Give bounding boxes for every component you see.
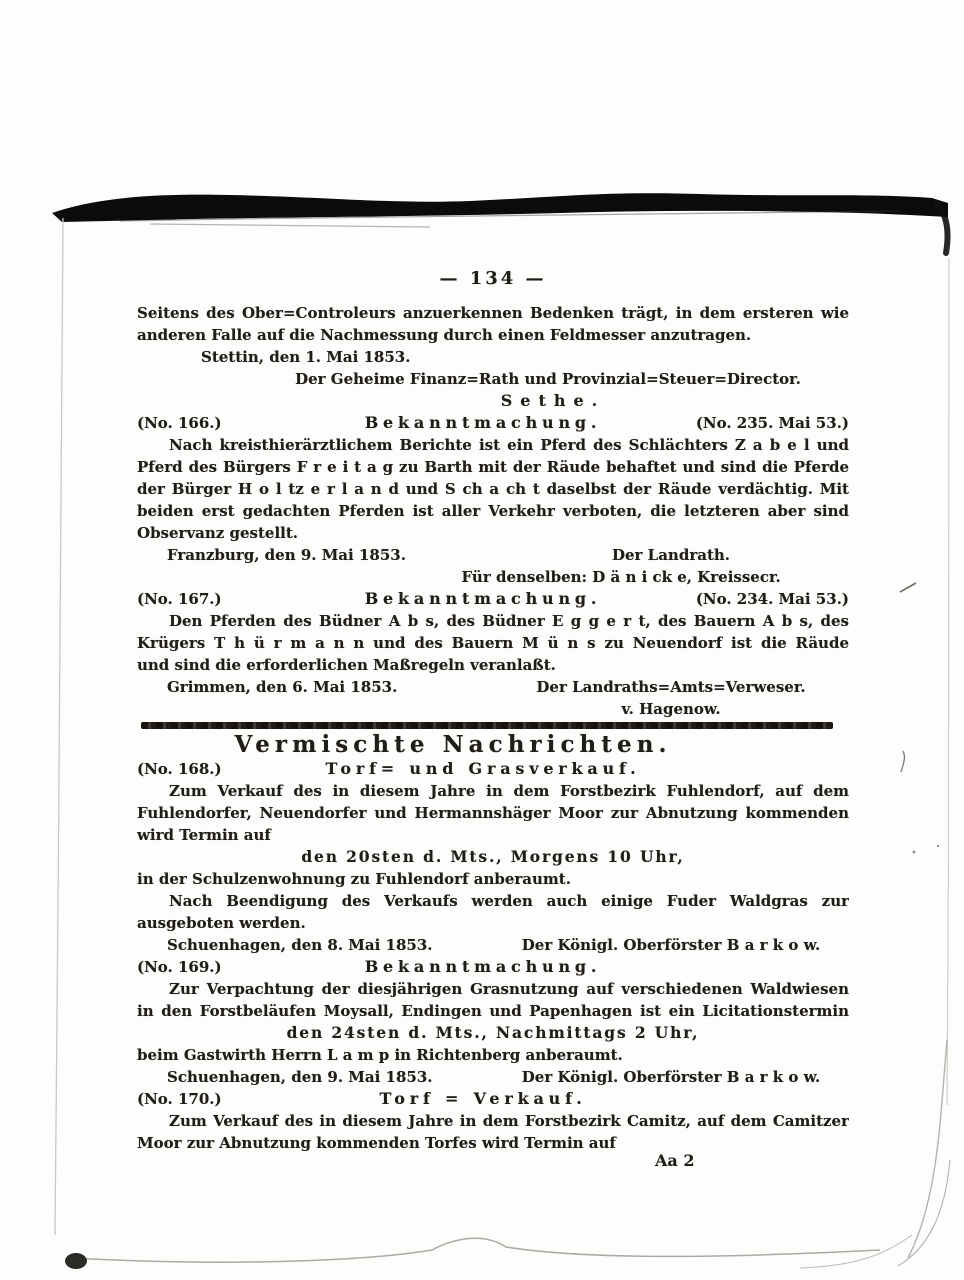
text-line: beiden erst gedachten Pferden ist aller … [137, 500, 849, 522]
signature-barkow: Der Königl. Oberförster B a r k o w. [493, 1066, 849, 1088]
section-divider-rule [141, 722, 833, 729]
notice-number-left: (No. 167.) [137, 588, 287, 610]
dateline-stettin: Stettin, den 1. Mai 1853. [137, 346, 849, 368]
text-line: Observanz gestellt. [137, 522, 849, 544]
spacer [137, 566, 393, 588]
text-line: Pferd des Bürgers F r e i t a g zu Barth… [137, 456, 849, 478]
page-left-edge [55, 218, 63, 1235]
office-line: Der Geheime Finanz=Rath und Provinzial=S… [137, 368, 849, 390]
scanned-page: — 134 — Seitens des Ober=Controleurs anz… [0, 0, 964, 1280]
section-header: Vermischte Nachrichten. [137, 732, 849, 758]
margin-speck-1 [900, 583, 916, 592]
spacer [679, 758, 849, 780]
notice-number-right: (No. 235. Mai 53.) [679, 412, 849, 434]
signature-landrath: Der Landrath. [493, 544, 849, 566]
notice-title: Bekanntmachung. [287, 956, 679, 978]
page-right-edge [947, 258, 949, 1105]
text-line: der Bürger H o l tz e r l a n d und S ch… [137, 478, 849, 500]
text-line: in den Forstbeläufen Moysall, Endingen u… [137, 1000, 849, 1022]
dateline-franzburg: Franzburg, den 9. Mai 1853. [137, 544, 493, 566]
margin-speck-3 [913, 851, 916, 854]
right-crease-2 [898, 1160, 950, 1266]
notice-167-header: (No. 167.) Bekanntmachung. (No. 234. Mai… [137, 588, 849, 610]
text-line: Fuhlendorfer, Neuendorfer und Hermannshä… [137, 802, 849, 824]
term-line: den 24sten d. Mts., Nachmittags 2 Uhr, [137, 1022, 849, 1044]
signature-barkow: Der Königl. Oberförster B a r k o w. [493, 934, 849, 956]
page-top-underline-left [150, 224, 430, 227]
text-line: in der Schulzenwohnung zu Fuhlendorf anb… [137, 868, 849, 890]
dateline-signature-row: Schuenhagen, den 8. Mai 1853. Der Königl… [137, 934, 849, 956]
right-crease-1 [908, 1040, 947, 1258]
page-content: — 134 — Seitens des Ober=Controleurs anz… [137, 266, 849, 1172]
signature-daenicke: Für denselben: D ä n i ck e, Kreissecr. [393, 566, 849, 588]
notice-number-left: (No. 166.) [137, 412, 287, 434]
text-line: Krügers T h ü r m a n n und des Bauern M… [137, 632, 849, 654]
margin-speck-2 [901, 751, 904, 772]
notice-number-left: (No. 169.) [137, 956, 287, 978]
page-top-edge [52, 193, 948, 222]
notice-169-header: (No. 169.) Bekanntmachung. [137, 956, 849, 978]
text-line: beim Gastwirth Herrn L a m p in Richtenb… [137, 1044, 849, 1066]
text-line: Zur Verpachtung der diesjährigen Grasnut… [137, 978, 849, 1000]
text-line: Zum Verkauf des in diesem Jahre in dem F… [137, 1110, 849, 1132]
dateline-signature-row: Schuenhagen, den 9. Mai 1853. Der Königl… [137, 1066, 849, 1088]
text-line: wird Termin auf [137, 824, 849, 846]
text-line: und sind die erforderlichen Maßregeln ve… [137, 654, 849, 676]
term-line: den 20sten d. Mts., Morgens 10 Uhr, [137, 846, 849, 868]
spacer [679, 1088, 849, 1110]
notice-number-left: (No. 168.) [137, 758, 287, 780]
text-line: Seitens des Ober=Controleurs anzuerkenne… [137, 302, 849, 324]
dateline-schuenhagen-9: Schuenhagen, den 9. Mai 1853. [137, 1066, 493, 1088]
ink-blob [65, 1253, 87, 1269]
text-line: Zum Verkauf des in diesem Jahre in dem F… [137, 780, 849, 802]
signature-mark: Aa 2 [137, 1150, 849, 1172]
signature-sethe: Sethe. [137, 390, 849, 412]
notice-title: Torf = Verkauf. [287, 1088, 679, 1110]
margin-speck-4 [937, 845, 939, 847]
dateline-schuenhagen-8: Schuenhagen, den 8. Mai 1853. [137, 934, 493, 956]
notice-166-header: (No. 166.) Bekanntmachung. (No. 235. Mai… [137, 412, 849, 434]
notice-170-header: (No. 170.) Torf = Verkauf. [137, 1088, 849, 1110]
sub-signature-row: Für denselben: D ä n i ck e, Kreissecr. [137, 566, 849, 588]
bottom-crease [70, 1238, 880, 1262]
text-line: Nach Beendigung des Verkaufs werden auch… [137, 890, 849, 912]
sub-signature-row: v. Hagenow. [137, 698, 849, 720]
spacer [679, 956, 849, 978]
text-line: anderen Falle auf die Nachmessung durch … [137, 324, 849, 346]
notice-title: Bekanntmachung. [287, 588, 679, 610]
notice-title: Bekanntmachung. [287, 412, 679, 434]
text-line: ausgeboten werden. [137, 912, 849, 934]
text-line: Den Pferden des Büdner A b s, des Büdner… [137, 610, 849, 632]
text-line: Nach kreisthierärztlichem Berichte ist e… [137, 434, 849, 456]
notice-title: Torf= und Grasverkauf. [287, 758, 679, 780]
dateline-signature-row: Grimmen, den 6. Mai 1853. Der Landraths=… [137, 676, 849, 698]
spacer [137, 698, 493, 720]
notice-number-left: (No. 170.) [137, 1088, 287, 1110]
notice-number-right: (No. 234. Mai 53.) [679, 588, 849, 610]
signature-hagenow: v. Hagenow. [493, 698, 849, 720]
dateline-signature-row: Franzburg, den 9. Mai 1853. Der Landrath… [137, 544, 849, 566]
signature-landraths-verweser: Der Landraths=Amts=Verweser. [493, 676, 849, 698]
page-number: — 134 — [137, 266, 849, 292]
notice-168-header: (No. 168.) Torf= und Grasverkauf. [137, 758, 849, 780]
dateline-grimmen: Grimmen, den 6. Mai 1853. [137, 676, 493, 698]
